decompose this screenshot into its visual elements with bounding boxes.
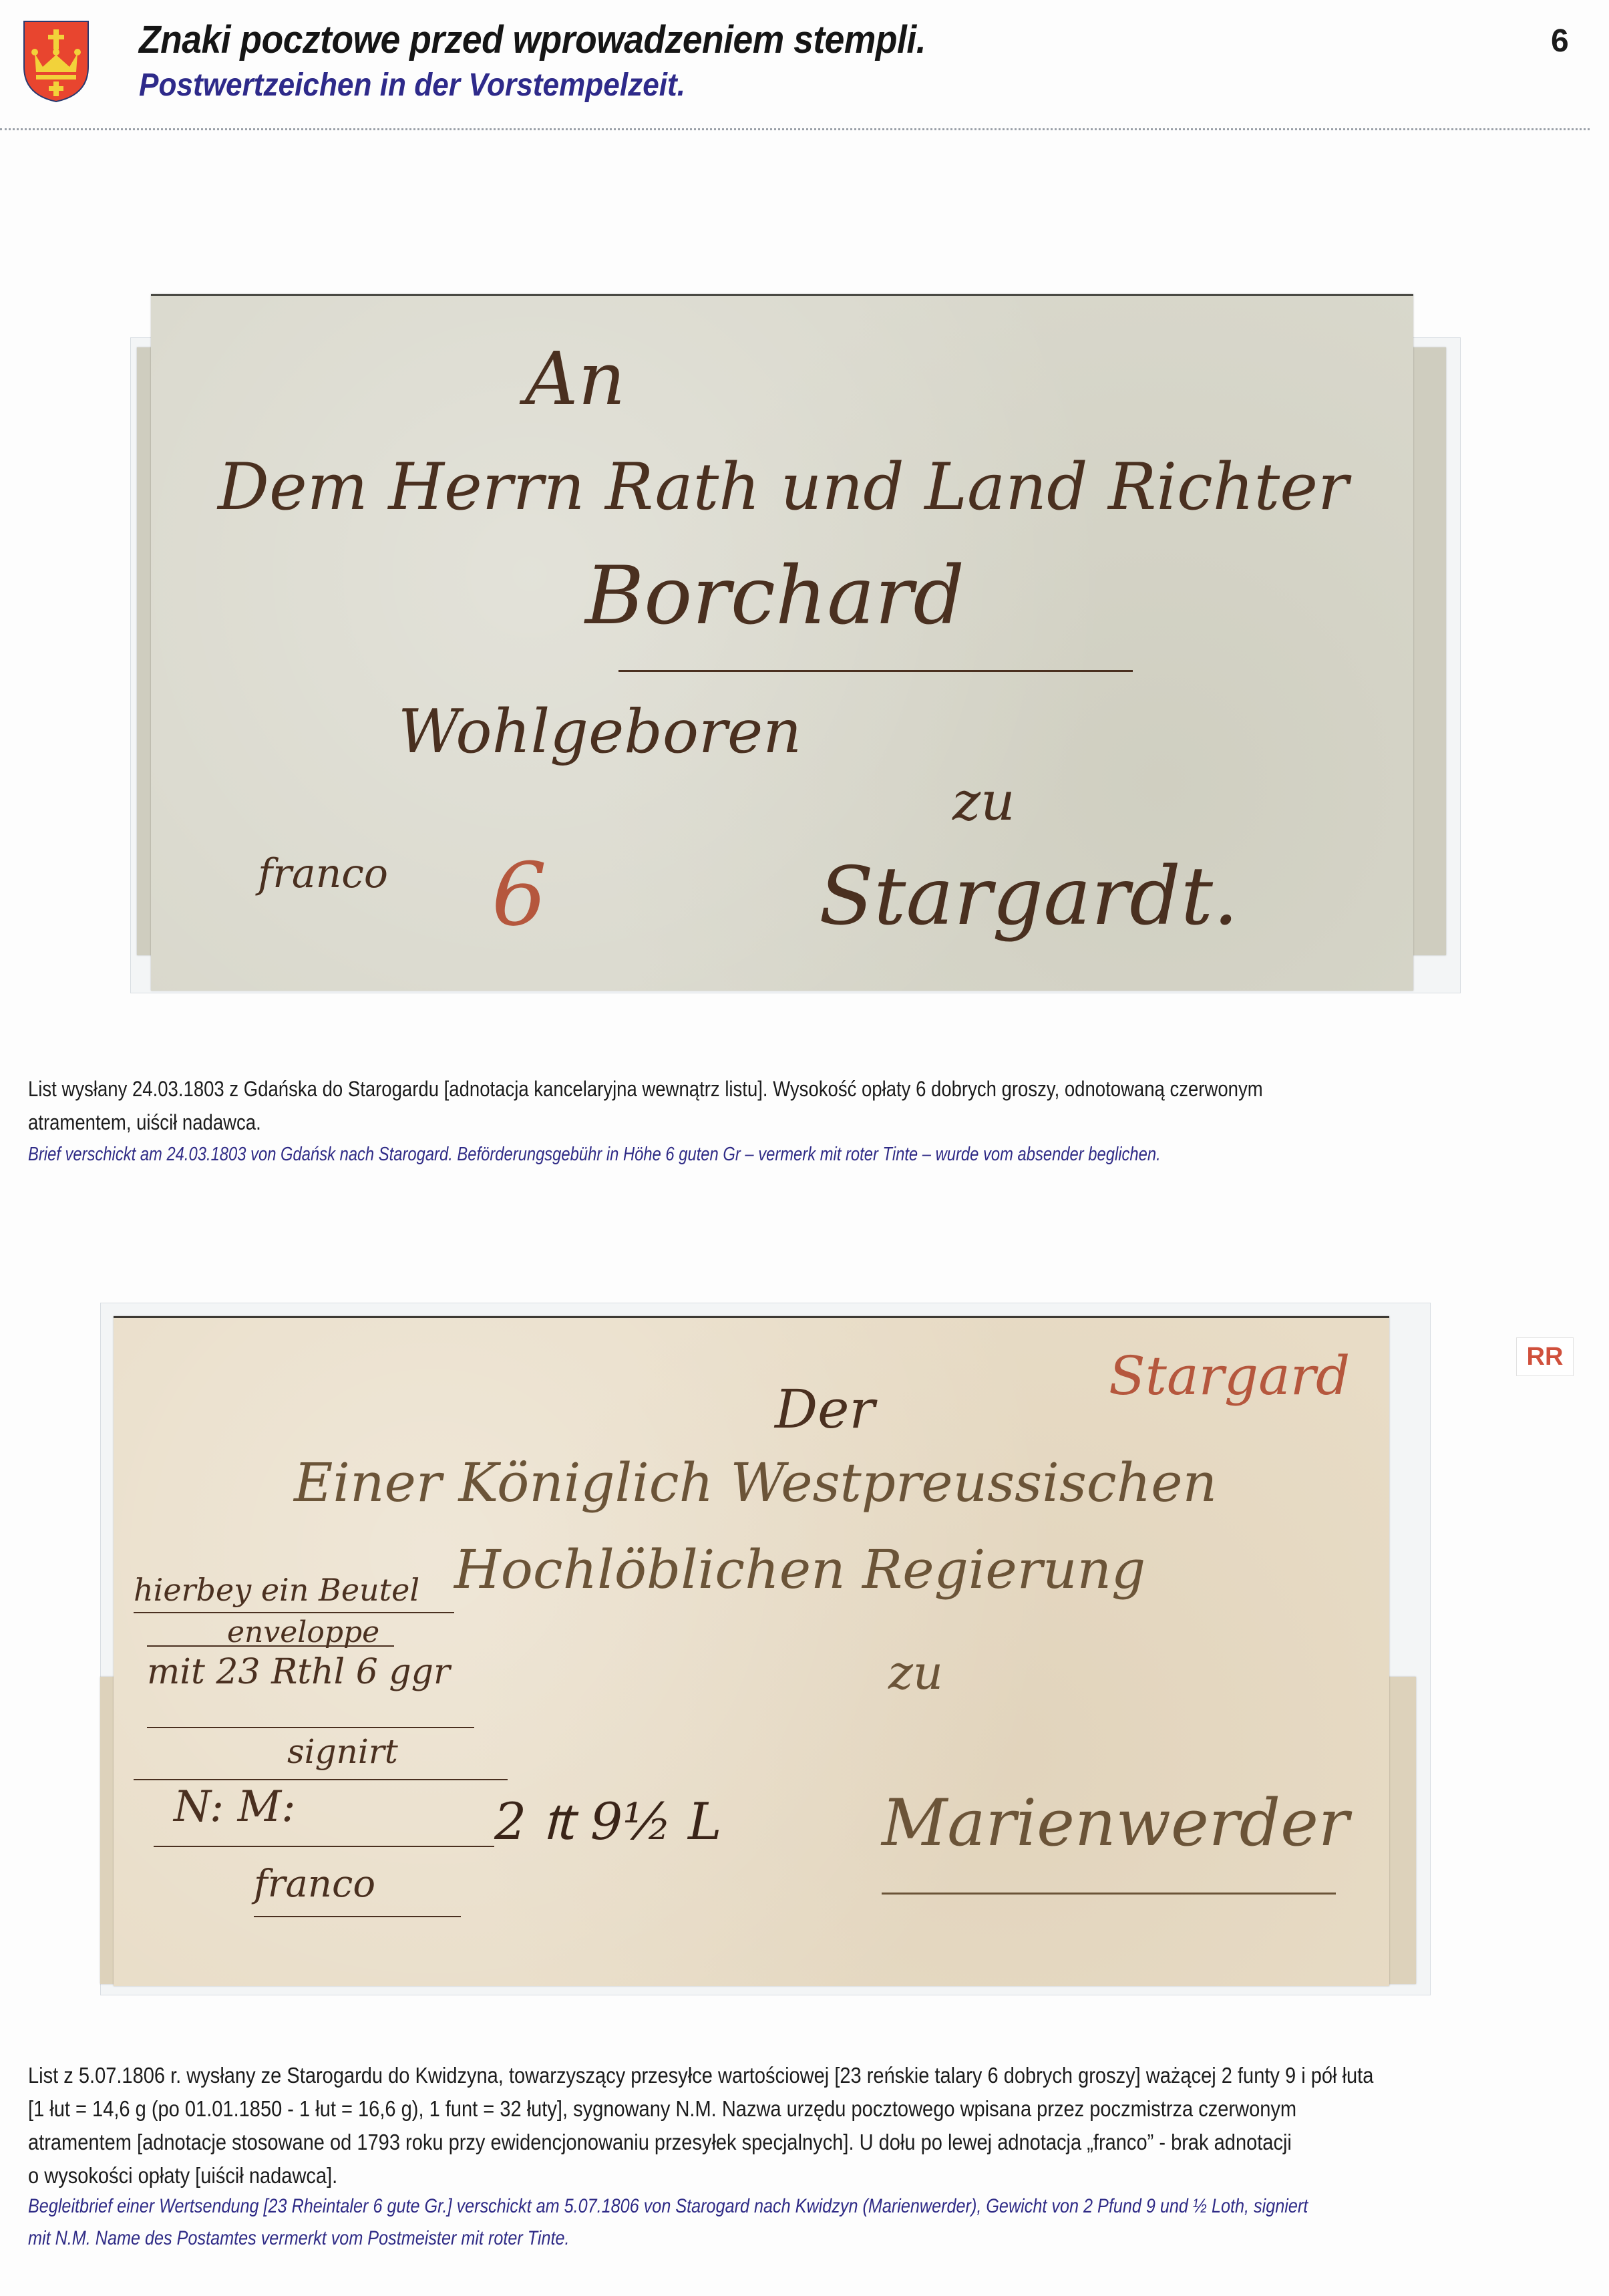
- caption-1-polish-line-2: atramentem, uiścił nadawca.: [28, 1110, 261, 1135]
- note-rule-1: [134, 1612, 454, 1613]
- handwriting-preposition: zu: [952, 770, 1015, 832]
- handwriting-red-fee: 6: [492, 844, 547, 945]
- handwriting-red-origin: Stargard: [1109, 1345, 1350, 1407]
- handwriting-line1: Einer Königlich Westpreussischen: [294, 1452, 1217, 1514]
- page-number: 6: [1551, 23, 1569, 59]
- letter-1803: An Dem Herrn Rath und Land Richter Borch…: [151, 294, 1413, 991]
- page-title-polish: Znaki pocztowe przed wprowadzeniem stemp…: [139, 17, 926, 62]
- caption-1-polish-line-1: List wysłany 24.03.1803 z Gdańska do Sta…: [28, 1077, 1263, 1102]
- letter-1806: Stargard Der Einer Königlich Westpreussi…: [114, 1316, 1389, 1986]
- page-header: Znaki pocztowe przed wprowadzeniem stemp…: [0, 0, 1609, 131]
- handwriting-salutation: Der: [775, 1378, 875, 1440]
- handwriting-note-signed: signirt: [287, 1732, 398, 1771]
- header-divider: [0, 128, 1590, 130]
- handwriting-note-initials: N: M:: [174, 1782, 296, 1832]
- crest-crown-cross-icon: [23, 20, 90, 103]
- handwriting-weight: 2 ₶ 9½ L: [494, 1786, 722, 1854]
- caption-1-german: Brief verschickt am 24.03.1803 von Gdańs…: [28, 1144, 1161, 1166]
- handwriting-addressee: Borchard: [585, 550, 964, 643]
- note-rule-4: [134, 1779, 508, 1780]
- handwriting-note-enclosure: hierbey ein Beutel: [134, 1572, 419, 1608]
- caption-2-polish-line-3: atramentem [adnotacje stosowane od 1793 …: [28, 2130, 1292, 2155]
- handwriting-salutation: An: [525, 336, 625, 422]
- note-rule-2: [147, 1645, 394, 1647]
- handwriting-line2: Hochlöblichen Regierung: [454, 1538, 1145, 1601]
- caption-2-polish-line-1: List z 5.07.1806 r. wysłany ze Starogard…: [28, 2063, 1373, 2088]
- handwriting-note-value: mit 23 Rthl 6 ggr: [147, 1652, 450, 1692]
- handwriting-destination: Stargardt.: [819, 850, 1238, 943]
- note-rule-6: [254, 1916, 461, 1917]
- handwriting-preposition: zu: [888, 1645, 943, 1700]
- addressee-underline: [618, 670, 1133, 672]
- caption-2-german-line-2: mit N.M. Name des Postamtes vermerkt vom…: [28, 2227, 570, 2250]
- handwriting-franco-note: franco: [258, 850, 388, 897]
- rarity-badge: RR: [1516, 1337, 1574, 1376]
- caption-2-polish-line-2: [1 łut = 14,6 g (po 01.01.1850 - 1 łut =…: [28, 2096, 1296, 2122]
- handwriting-destination: Marienwerder: [882, 1786, 1349, 1860]
- caption-2-polish-line-4: o wysokości opłaty [uiścił nadawca].: [28, 2163, 337, 2188]
- handwriting-line1: Dem Herrn Rath und Land Richter: [218, 450, 1349, 524]
- handwriting-note-franco: franco: [254, 1862, 375, 1906]
- note-rule-3: [147, 1727, 474, 1728]
- handwriting-note-envelope: enveloppe: [227, 1615, 379, 1649]
- handwriting-line3: Wohlgeboren: [398, 697, 801, 767]
- caption-2-german-line-1: Begleitbrief einer Wertsendung [23 Rhein…: [28, 2195, 1308, 2218]
- page-title-german: Postwertzeichen in der Vorstempelzeit.: [139, 67, 685, 104]
- destination-underline: [882, 1893, 1336, 1895]
- note-rule-5: [154, 1846, 494, 1847]
